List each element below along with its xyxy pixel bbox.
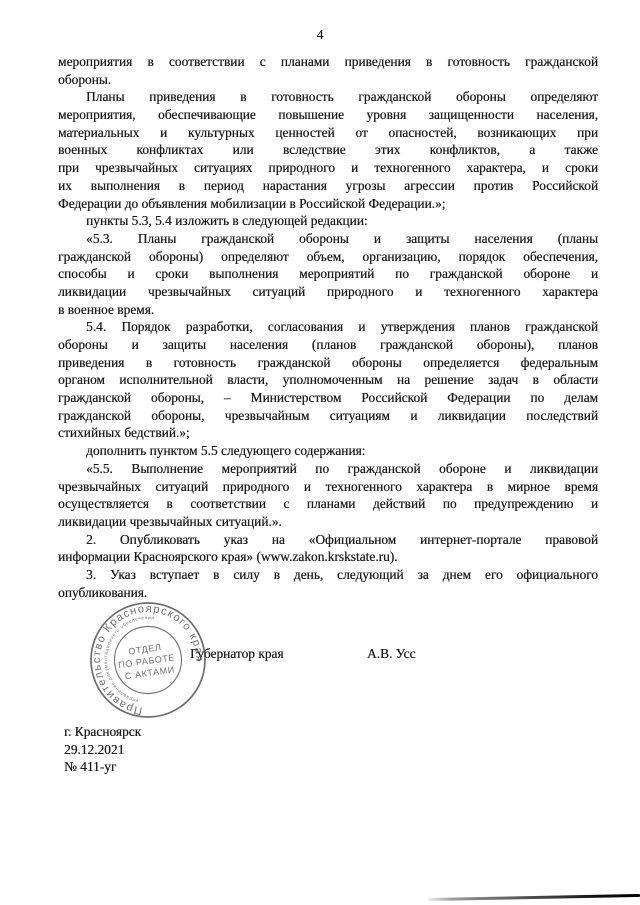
text-line: Планы приведения в готовность гражданско… — [58, 88, 598, 106]
text-line: «5.3. Планы гражданской обороны и защиты… — [58, 230, 598, 248]
text-line: их выполнения в период нарастания угрозы… — [58, 177, 598, 195]
scan-artifact-line — [428, 894, 640, 901]
text-line: гражданской обороны, – Министерством Рос… — [58, 389, 598, 407]
text-line: материальных и культурных ценностей от о… — [58, 124, 598, 142]
text-line: пункты 5.3, 5.4 изложить в следующей ред… — [58, 212, 598, 230]
footer-block: г. Красноярск 29.12.2021 № 411-уг — [64, 723, 141, 776]
text-line: военных конфликтах или вследствие этих к… — [58, 141, 598, 159]
text-line: информации Красноярского края» (www.zako… — [58, 548, 598, 566]
text-line: 2. Опубликовать указ на «Официальном инт… — [58, 531, 598, 549]
footer-city: г. Красноярск — [64, 723, 141, 741]
text-line: мероприятия в соответствии с планами при… — [58, 53, 598, 71]
text-line: в военное время. — [58, 301, 598, 319]
document-body: мероприятия в соответствии с планами при… — [58, 53, 598, 601]
text-line: приведения в готовность гражданской обор… — [58, 354, 598, 372]
text-line: 5.4. Порядок разработки, согласования и … — [58, 318, 598, 336]
text-line: дополнить пунктом 5.5 следующего содержа… — [58, 442, 598, 460]
text-line: гражданской обороны, чрезвычайным ситуац… — [58, 407, 598, 425]
stamp-seal-icon: Правительство Красноярского края управле… — [76, 588, 221, 733]
text-line: мероприятия, обеспечивающие повышение ур… — [58, 106, 598, 124]
text-line: при чрезвычайных ситуациях природного и … — [58, 159, 598, 177]
text-line: обороны и защиты населения (планов гражд… — [58, 336, 598, 354]
text-line: 3. Указ вступает в силу в день, следующи… — [58, 566, 598, 584]
stamp-center-text: ОТДЕЛ ПО РАБОТЕ С АКТАМИ — [116, 640, 180, 682]
text-line: «5.5. Выполнение мероприятий по гражданс… — [58, 460, 598, 478]
text-line: стихийных бедствий.»; — [58, 424, 598, 442]
text-line: органом исполнительной власти, уполномоч… — [58, 371, 598, 389]
text-line: гражданской обороны) определяют объем, о… — [58, 248, 598, 266]
text-line: обороны. — [58, 71, 598, 89]
text-line: чрезвычайных ситуаций природного и техно… — [58, 478, 598, 496]
signatory-name: А.В. Усс — [367, 646, 415, 662]
text-line: осуществляется в соответствии с планами … — [58, 495, 598, 513]
page-number: 4 — [0, 27, 640, 43]
document-page: 4 мероприятия в соответствии с планами п… — [0, 0, 640, 905]
footer-date: 29.12.2021 — [64, 741, 141, 759]
text-line: Федерации до объявления мобилизации в Ро… — [58, 195, 598, 213]
text-line: ликвидации чрезвычайных ситуаций природн… — [58, 283, 598, 301]
official-round-stamp: Правительство Красноярского края управле… — [76, 588, 221, 733]
footer-number: № 411-уг — [64, 758, 141, 776]
text-line: ликвидации чрезвычайных ситуаций.». — [58, 513, 598, 531]
text-line: способы и сроки выполнения мероприятий п… — [58, 265, 598, 283]
